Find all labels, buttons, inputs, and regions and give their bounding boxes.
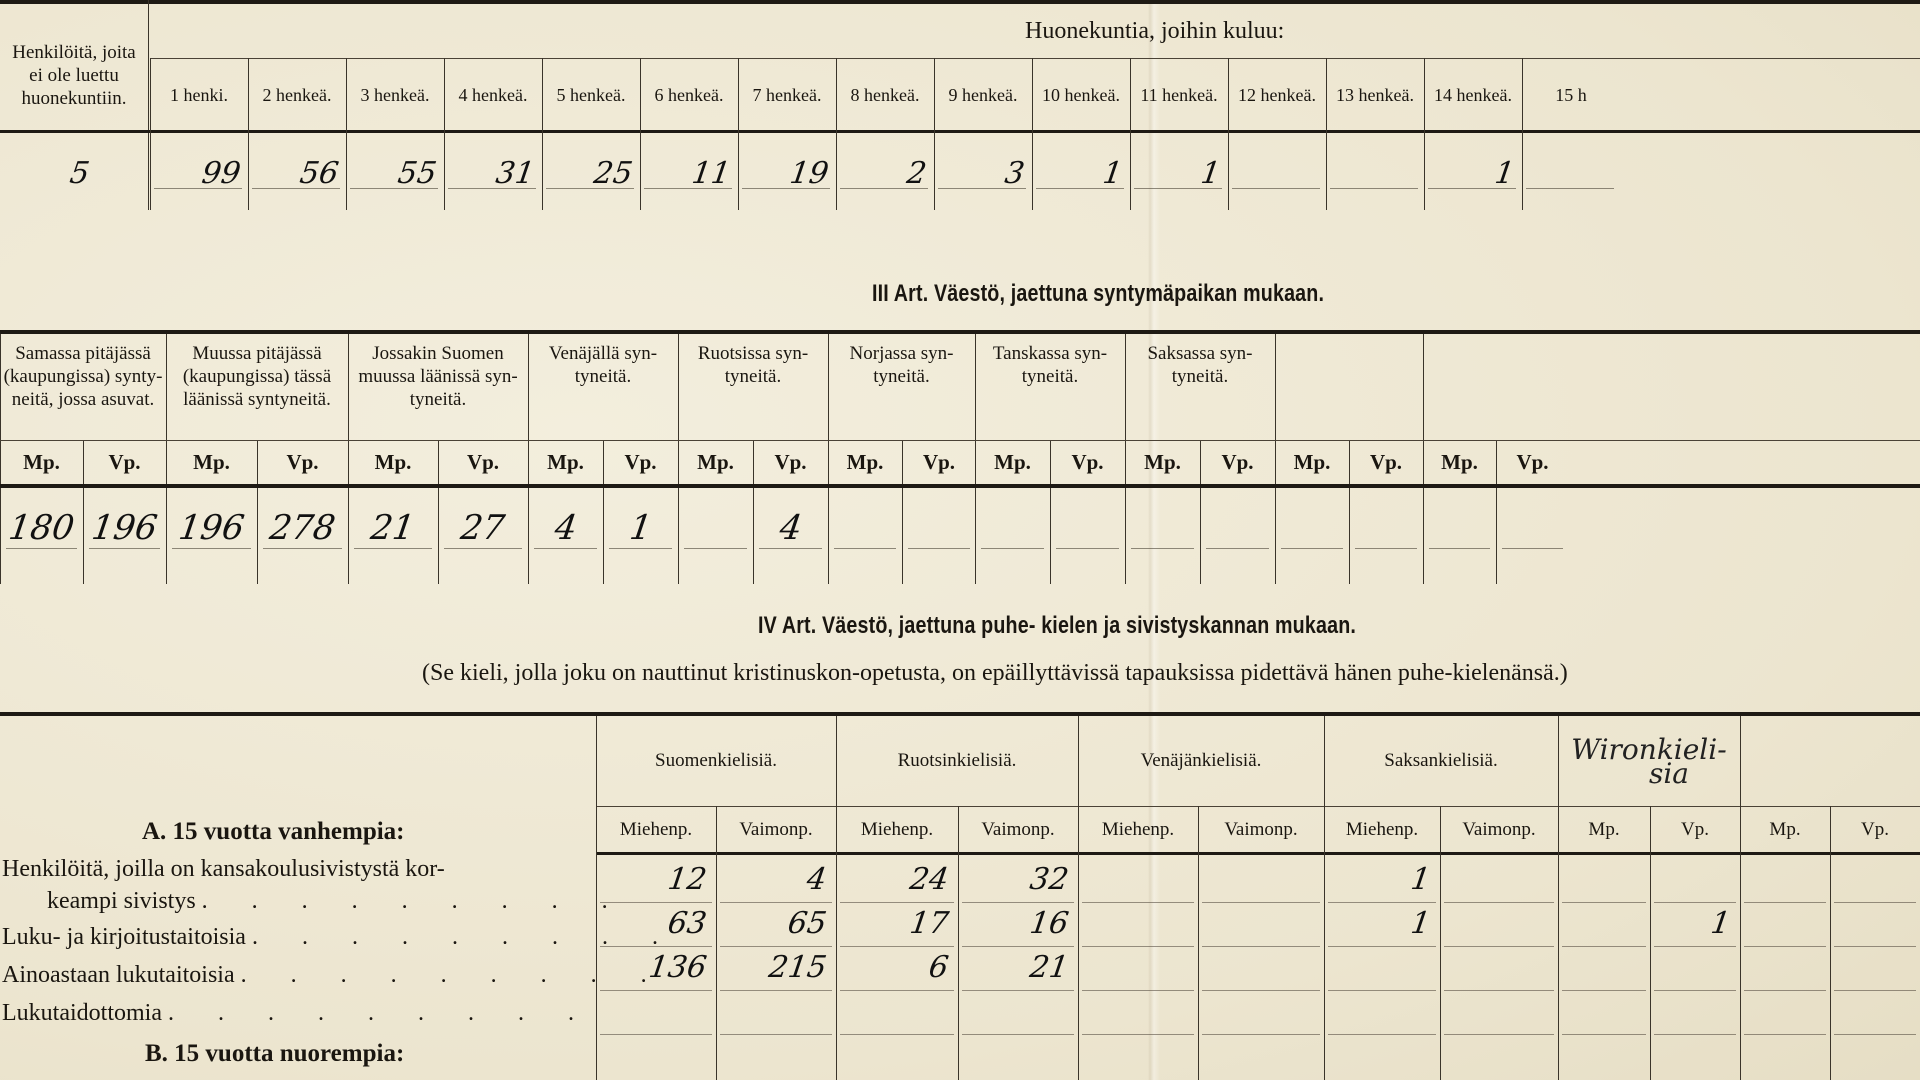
household-size-header: 6 henkeä. [640, 60, 738, 130]
rule [0, 330, 1920, 334]
rule [1082, 1034, 1194, 1035]
rule [1355, 548, 1417, 549]
sex-subheader: Vaimonp. [1440, 810, 1558, 850]
household-count-cell: 99 [150, 150, 240, 198]
sex-subheader: Mp. [1125, 442, 1200, 482]
language-count-cell [1650, 990, 1730, 1034]
rule [840, 1034, 954, 1035]
language-count-cell [1440, 990, 1548, 1034]
rule [742, 188, 830, 189]
sex-subheader: Mp. [1275, 442, 1349, 482]
language-count-cell [1078, 902, 1188, 946]
sex-subheader: Vp. [1496, 442, 1569, 482]
rule [938, 188, 1026, 189]
sex-subheader: Vp. [603, 442, 678, 482]
language-count-cell: 16 [958, 902, 1068, 946]
language-count-cell [1440, 858, 1548, 902]
language-count-cell [716, 990, 826, 1034]
rule [6, 548, 77, 549]
language-group-header: Venäjänkielisiä. [1078, 736, 1324, 784]
households-group-header: Huonekuntia, joihin kuluu: [1025, 18, 1284, 45]
rule [908, 548, 970, 549]
sex-subheader: Mp. [166, 442, 257, 482]
rule [1429, 548, 1490, 549]
sex-subheader: Miehenp. [836, 810, 958, 850]
rule [448, 188, 536, 189]
language-count-cell: 215 [716, 946, 826, 990]
rule [1131, 548, 1194, 549]
household-count-cell: 2 [836, 150, 926, 198]
birthplace-group-header: Jossakin Suomen muussa läänissä syn- tyn… [348, 342, 528, 434]
language-count-cell: 1 [1324, 902, 1430, 946]
birthplace-group-header [1423, 342, 1568, 434]
rule [596, 806, 1920, 807]
household-count-cell: 1 [1424, 150, 1514, 198]
household-size-header: 9 henkeä. [934, 60, 1032, 130]
row-label-illiterate: Lukutaidottomia . . . . . . . . . [2, 1000, 593, 1027]
rule [609, 548, 672, 549]
rule [720, 1034, 832, 1035]
language-count-cell [1740, 990, 1820, 1034]
rule [534, 548, 597, 549]
rule [1744, 1034, 1826, 1035]
rule [350, 188, 438, 189]
language-count-cell [1078, 946, 1188, 990]
language-count-cell [1558, 946, 1640, 990]
row-label-higher-education: Henkilöitä, joilla on kansakoulusivistys… [2, 856, 445, 883]
rule [962, 1034, 1074, 1035]
sex-subheader: Mp. [1558, 810, 1650, 850]
rule [1562, 1034, 1646, 1035]
birthplace-group-header: Tanskassa syn- tyneitä. [975, 342, 1125, 434]
rule [1056, 548, 1119, 549]
language-count-cell [1198, 902, 1314, 946]
language-group-header: Saksankielisiä. [1324, 736, 1558, 784]
household-count-cell: 56 [248, 150, 338, 198]
group-b-label: B. 15 vuotta nuorempia: [145, 1040, 404, 1068]
rule [0, 130, 1920, 133]
sex-subheader: Vaimonp. [716, 810, 836, 850]
rule [0, 484, 1920, 488]
household-count-cell: 19 [738, 150, 828, 198]
language-count-cell [596, 990, 706, 1034]
household-count-cell: 11 [640, 150, 730, 198]
rule [252, 188, 340, 189]
sex-subheader: Vaimonp. [958, 810, 1078, 850]
rule [546, 188, 634, 189]
row-label-read-only: Ainoastaan lukutaitoisia . . . . . . . .… [2, 962, 666, 989]
sex-subheader: Mp. [348, 442, 438, 482]
language-count-cell [1740, 902, 1820, 946]
row-label-higher-education-cont: keampi sivistys . . . . . . . . . [47, 888, 627, 915]
sex-subheader: Mp. [678, 442, 753, 482]
sex-subheader: Vp. [1650, 810, 1740, 850]
sex-subheader: Vp. [902, 442, 976, 482]
language-count-cell [1830, 990, 1910, 1034]
language-count-cell [1650, 858, 1730, 902]
household-size-header: 15 h [1522, 60, 1620, 130]
household-size-header: 4 henkeä. [444, 60, 542, 130]
birthplace-group-header: Muussa pitäjässä (kaupungissa) tässä lää… [166, 342, 348, 434]
language-count-cell [1440, 946, 1548, 990]
sex-subheader: Miehenp. [1324, 810, 1440, 850]
birthplace-group-header [1275, 342, 1423, 434]
language-count-cell [1440, 902, 1548, 946]
household-size-header: 10 henkeä. [1032, 60, 1130, 130]
sex-subheader: Mp. [1740, 810, 1830, 850]
rule [684, 548, 747, 549]
not-counted-value: 5 [0, 150, 160, 198]
rule [0, 0, 1920, 4]
household-size-header: 14 henkeä. [1424, 60, 1522, 130]
sex-subheader: Miehenp. [596, 810, 716, 850]
rule [1834, 1034, 1916, 1035]
language-section-title: IV Art. Väestö, jaettuna puhe- kielen ja… [758, 612, 1356, 640]
rule [444, 548, 522, 549]
sex-subheader: Vp. [1349, 442, 1423, 482]
language-group-header [1740, 736, 1920, 784]
birthplace-section-title: III Art. Väestö, jaettuna syntymäpaikan … [872, 280, 1324, 308]
sex-subheader: Mp. [0, 442, 83, 482]
sex-subheader: Vp. [753, 442, 828, 482]
birthplace-group-header: Venäjällä syn- tyneitä. [528, 342, 678, 434]
rule [1330, 188, 1418, 189]
rule [1444, 1034, 1554, 1035]
sex-subheader: Mp. [1423, 442, 1496, 482]
language-count-cell [1830, 902, 1910, 946]
household-size-header: 3 henkeä. [346, 60, 444, 130]
household-count-cell: 1 [1130, 150, 1220, 198]
household-count-cell: 3 [934, 150, 1024, 198]
rule [89, 548, 160, 549]
group-a-label: A. 15 vuotta vanhempia: [142, 818, 405, 846]
language-count-cell: 32 [958, 858, 1068, 902]
sex-subheader: Mp. [528, 442, 603, 482]
language-count-cell [1198, 990, 1314, 1034]
rule [759, 548, 822, 549]
rule [840, 188, 928, 189]
sex-subheader: Vaimonp. [1198, 810, 1324, 850]
language-count-cell [1740, 858, 1820, 902]
rule [0, 440, 1920, 441]
handwritten-group-header: Wironkieli- sia [1558, 724, 1740, 800]
row-label-read-write: Luku- ja kirjoitustaitoisia . . . . . . … [2, 924, 677, 951]
household-count-cell: 1 [1032, 150, 1122, 198]
not-counted-header: Henkilöitä, joita ei ole luettu huonekun… [0, 30, 148, 120]
language-count-cell [1324, 990, 1430, 1034]
birthplace-group-header: Samassa pitäjässä (kaupungissa) synty- n… [0, 342, 166, 434]
rule [1202, 1034, 1320, 1035]
rule [1328, 1034, 1436, 1035]
language-count-cell [836, 990, 948, 1034]
household-count-cell: 31 [444, 150, 534, 198]
rule [354, 548, 432, 549]
rule [263, 548, 342, 549]
rule [0, 712, 1920, 716]
language-count-cell [1558, 902, 1640, 946]
language-count-cell [1830, 946, 1910, 990]
language-count-cell: 4 [716, 858, 826, 902]
household-size-header: 1 henki. [150, 60, 248, 130]
rule [1232, 188, 1320, 189]
rule [1502, 548, 1563, 549]
rule [600, 1034, 712, 1035]
language-count-cell [1650, 946, 1730, 990]
sex-subheader: Vp. [1830, 810, 1920, 850]
rule [1428, 188, 1516, 189]
language-count-cell: 1 [1650, 902, 1730, 946]
language-count-cell [958, 990, 1068, 1034]
sex-subheader: Vp. [257, 442, 348, 482]
sex-subheader: Mp. [828, 442, 902, 482]
rule [596, 852, 1920, 855]
language-count-cell: 24 [836, 858, 948, 902]
rule [1654, 1034, 1736, 1035]
household-size-header: 8 henkeä. [836, 60, 934, 130]
birthplace-group-header: Norjassa syn- tyneitä. [828, 342, 975, 434]
rule [154, 188, 242, 189]
language-count-cell: 65 [716, 902, 826, 946]
household-size-header: 2 henkeä. [248, 60, 346, 130]
language-section-note: (Se kieli, jolla joku on nauttinut krist… [422, 660, 1568, 687]
household-count-cell [1228, 150, 1318, 198]
rule [644, 188, 732, 189]
language-count-cell [1740, 946, 1820, 990]
sex-subheader: Vp. [1050, 442, 1125, 482]
rule [834, 548, 896, 549]
rule [1036, 188, 1124, 189]
language-count-cell [1198, 858, 1314, 902]
rule [172, 548, 251, 549]
rule [1134, 188, 1222, 189]
household-size-header: 11 henkeä. [1130, 60, 1228, 130]
household-count-cell: 55 [346, 150, 436, 198]
language-count-cell [1078, 858, 1188, 902]
rule [1281, 548, 1343, 549]
language-count-cell: 1 [1324, 858, 1430, 902]
sex-subheader: Vp. [438, 442, 528, 482]
rule [1526, 188, 1614, 189]
sex-subheader: Mp. [975, 442, 1050, 482]
household-count-cell [1326, 150, 1416, 198]
language-count-cell: 6 [836, 946, 948, 990]
language-count-cell [1830, 858, 1910, 902]
rule [1206, 548, 1269, 549]
language-count-cell [1558, 990, 1640, 1034]
household-size-header: 7 henkeä. [738, 60, 836, 130]
language-count-cell [1324, 946, 1430, 990]
birthplace-group-header: Saksassa syn- tyneitä. [1125, 342, 1275, 434]
language-group-header: Ruotsinkielisiä. [836, 736, 1078, 784]
sex-subheader: Vp. [83, 442, 166, 482]
language-count-cell [1558, 858, 1640, 902]
household-count-cell [1522, 150, 1612, 198]
language-count-cell [1198, 946, 1314, 990]
rule [150, 58, 1920, 59]
household-size-header: 13 henkeä. [1326, 60, 1424, 130]
language-group-header: Suomenkielisiä. [596, 736, 836, 784]
birthplace-group-header: Ruotsissa syn- tyneitä. [678, 342, 828, 434]
language-count-cell: 17 [836, 902, 948, 946]
language-count-cell: 21 [958, 946, 1068, 990]
household-count-cell: 25 [542, 150, 632, 198]
sex-subheader: Vp. [1200, 442, 1275, 482]
rule [981, 548, 1044, 549]
household-size-header: 5 henkeä. [542, 60, 640, 130]
household-size-header: 12 henkeä. [1228, 60, 1326, 130]
language-count-cell [1078, 990, 1188, 1034]
sex-subheader: Miehenp. [1078, 810, 1198, 850]
